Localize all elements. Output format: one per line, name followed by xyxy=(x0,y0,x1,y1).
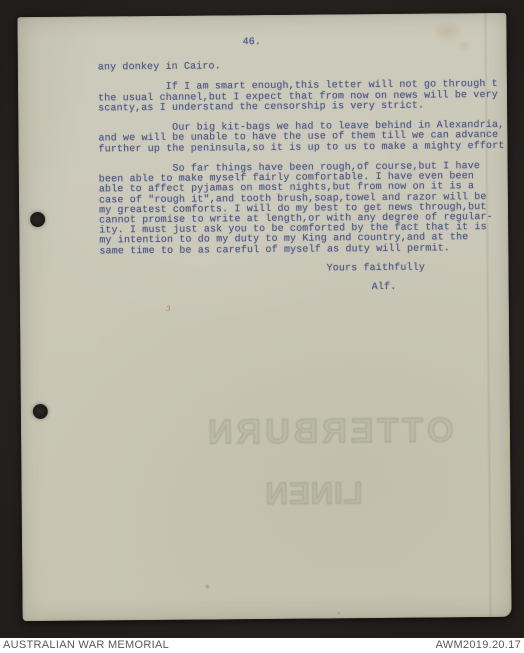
punch-hole-top xyxy=(30,212,45,227)
letter-signature: Alf. xyxy=(372,282,397,293)
scanned-letter-page: OTTERBURN LINEN 46. any donkey in Cairo.… xyxy=(17,13,511,621)
paper-watermark-linen: LINEN xyxy=(264,475,362,512)
ink-smudge-mark: 3 xyxy=(166,305,171,313)
catalog-footer-bar: AUSTRALIAN WAR MEMORIAL AWM2019.20.17 xyxy=(0,638,524,653)
page-number: 46. xyxy=(243,37,262,48)
institution-label: AUSTRALIAN WAR MEMORIAL xyxy=(3,638,169,653)
catalog-number: AWM2019.20.17 xyxy=(436,638,521,653)
archive-scan-viewport: { "colors": { "paper": "#cbc8b8", "ink":… xyxy=(0,0,524,653)
letter-body-text: any donkey in Cairo. If I am smart enoug… xyxy=(98,60,506,257)
punch-hole-bottom xyxy=(33,404,48,419)
paper-watermark-otterburn: OTTERBURN xyxy=(204,411,454,452)
letter-closing: Yours faithfully xyxy=(327,263,426,275)
